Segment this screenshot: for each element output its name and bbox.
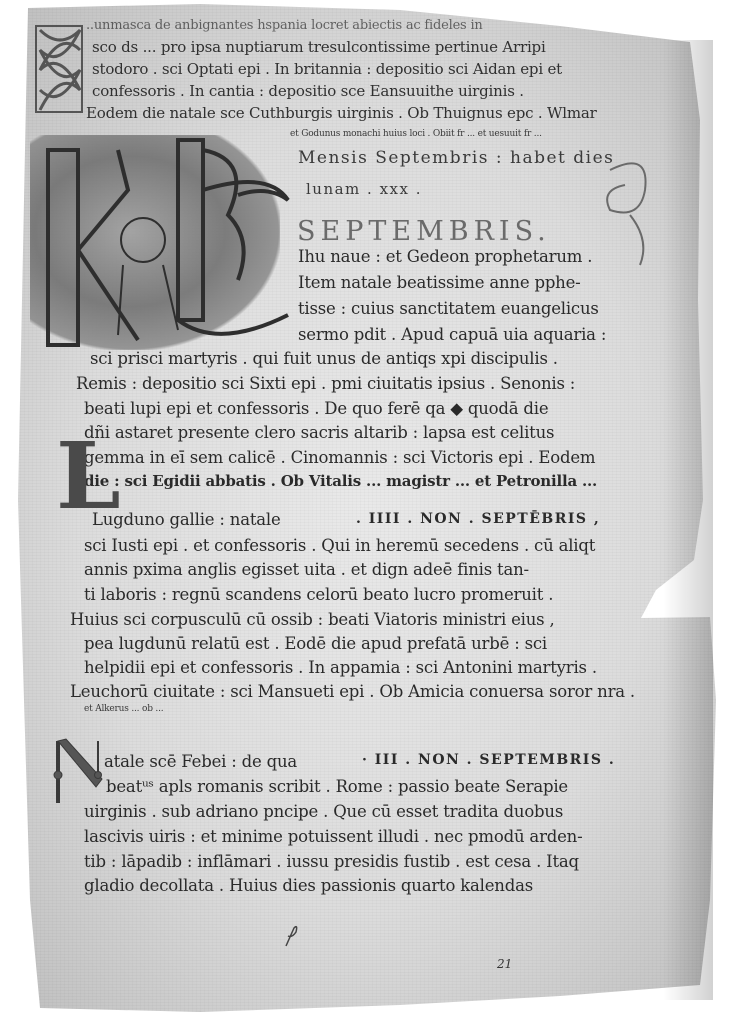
- knotwork-ornament-icon: [30, 20, 90, 120]
- text-line: pea lugdunū relatū est . Eodē die apud p…: [84, 634, 547, 653]
- text-line: helpidii epi et confessoris . In appamia…: [84, 658, 597, 677]
- date-rubric: . IIII . NON . SEPTĒBRIS ,: [356, 511, 600, 527]
- month-heading-line1: Mensis Septembris : habet dies: [298, 148, 614, 168]
- pen-mark-icon: [282, 920, 302, 950]
- text-line: dñi astaret presente clero sacris altari…: [84, 423, 554, 442]
- text-line: tib : lāpadib : inflāmari . iussu presid…: [84, 852, 579, 871]
- text-line: Eodem die natale sce Cuthburgis uirginis…: [86, 104, 597, 122]
- text-line: tisse : cuius sanctitatem euangelicus: [298, 299, 599, 318]
- month-heading-line2: lunam . xxx .: [306, 180, 422, 198]
- text-line: atale scē Febei : de qua: [104, 752, 297, 771]
- initial-n-icon: [52, 735, 107, 810]
- flourish-ornament-icon: [590, 150, 670, 270]
- kalends-heading: SEPTEMBRIS.: [297, 216, 551, 247]
- text-line: die : sci Egidii abbatis . Ob Vitalis ..…: [84, 472, 597, 490]
- month-heading: Mensis Septembris : habet dies: [298, 148, 614, 168]
- manuscript-page: ..unmasca de anbignantes hspania locret …: [0, 0, 733, 1021]
- margin-note: et Godunus monachi huius loci . Obiit fr…: [290, 129, 542, 139]
- text-line: Leuchorū ciuitate : sci Mansueti epi . O…: [70, 682, 635, 701]
- text-line: ti laboris : regnū scandens celorū beato…: [84, 585, 553, 604]
- illuminated-figure-icon: [28, 130, 298, 360]
- text-line: sci Iusti epi . et confessoris . Qui in …: [84, 536, 595, 555]
- text-line: stodoro . sci Optati epi . In britannia …: [92, 60, 562, 78]
- text-line: beatᵘˢ apls romanis scribit . Rome : pas…: [106, 777, 568, 796]
- date-rubric: · III . NON . SEPTEMBRIS .: [362, 752, 615, 768]
- obit-note: et Alkerus ... ob ...: [84, 704, 163, 714]
- text-line: sco ds ... pro ipsa nuptiarum tresulcont…: [92, 38, 546, 56]
- text-line: beati lupi epi et confessoris . De quo f…: [84, 399, 548, 418]
- text-line: Ihu naue : et Gedeon prophetarum .: [298, 247, 592, 266]
- text-line: Item natale beatissime anne pphe-: [298, 273, 581, 292]
- page-number: 21: [497, 957, 512, 971]
- text-line: confessoris . In cantia : depositio sce …: [92, 82, 524, 100]
- text-line: lascivis uiris : et minime potuissent il…: [84, 827, 583, 846]
- text-line: uirginis . sub adriano pncipe . Que cū e…: [84, 802, 563, 821]
- text-line: annis pxima anglis egisset uita . et dig…: [84, 560, 529, 579]
- text-line: Remis : depositio sci Sixti epi . pmi ci…: [76, 374, 575, 393]
- text-line: sci prisci martyris . qui fuit unus de a…: [90, 349, 558, 368]
- text-line: Lugduno gallie : natale: [92, 510, 281, 529]
- text-line: gemma in eī sem calicē . Cinomannis : sc…: [84, 448, 595, 467]
- initial-l: L: [56, 430, 121, 522]
- text-line: sermo pdit . Apud capuā uia aquaria :: [298, 325, 606, 344]
- text-line: Huius sci corpusculū cū ossib : beati Vi…: [70, 610, 555, 629]
- text-line: gladio decollata . Huius dies passionis …: [84, 876, 533, 895]
- text-line: ..unmasca de anbignantes hspania locret …: [86, 18, 483, 33]
